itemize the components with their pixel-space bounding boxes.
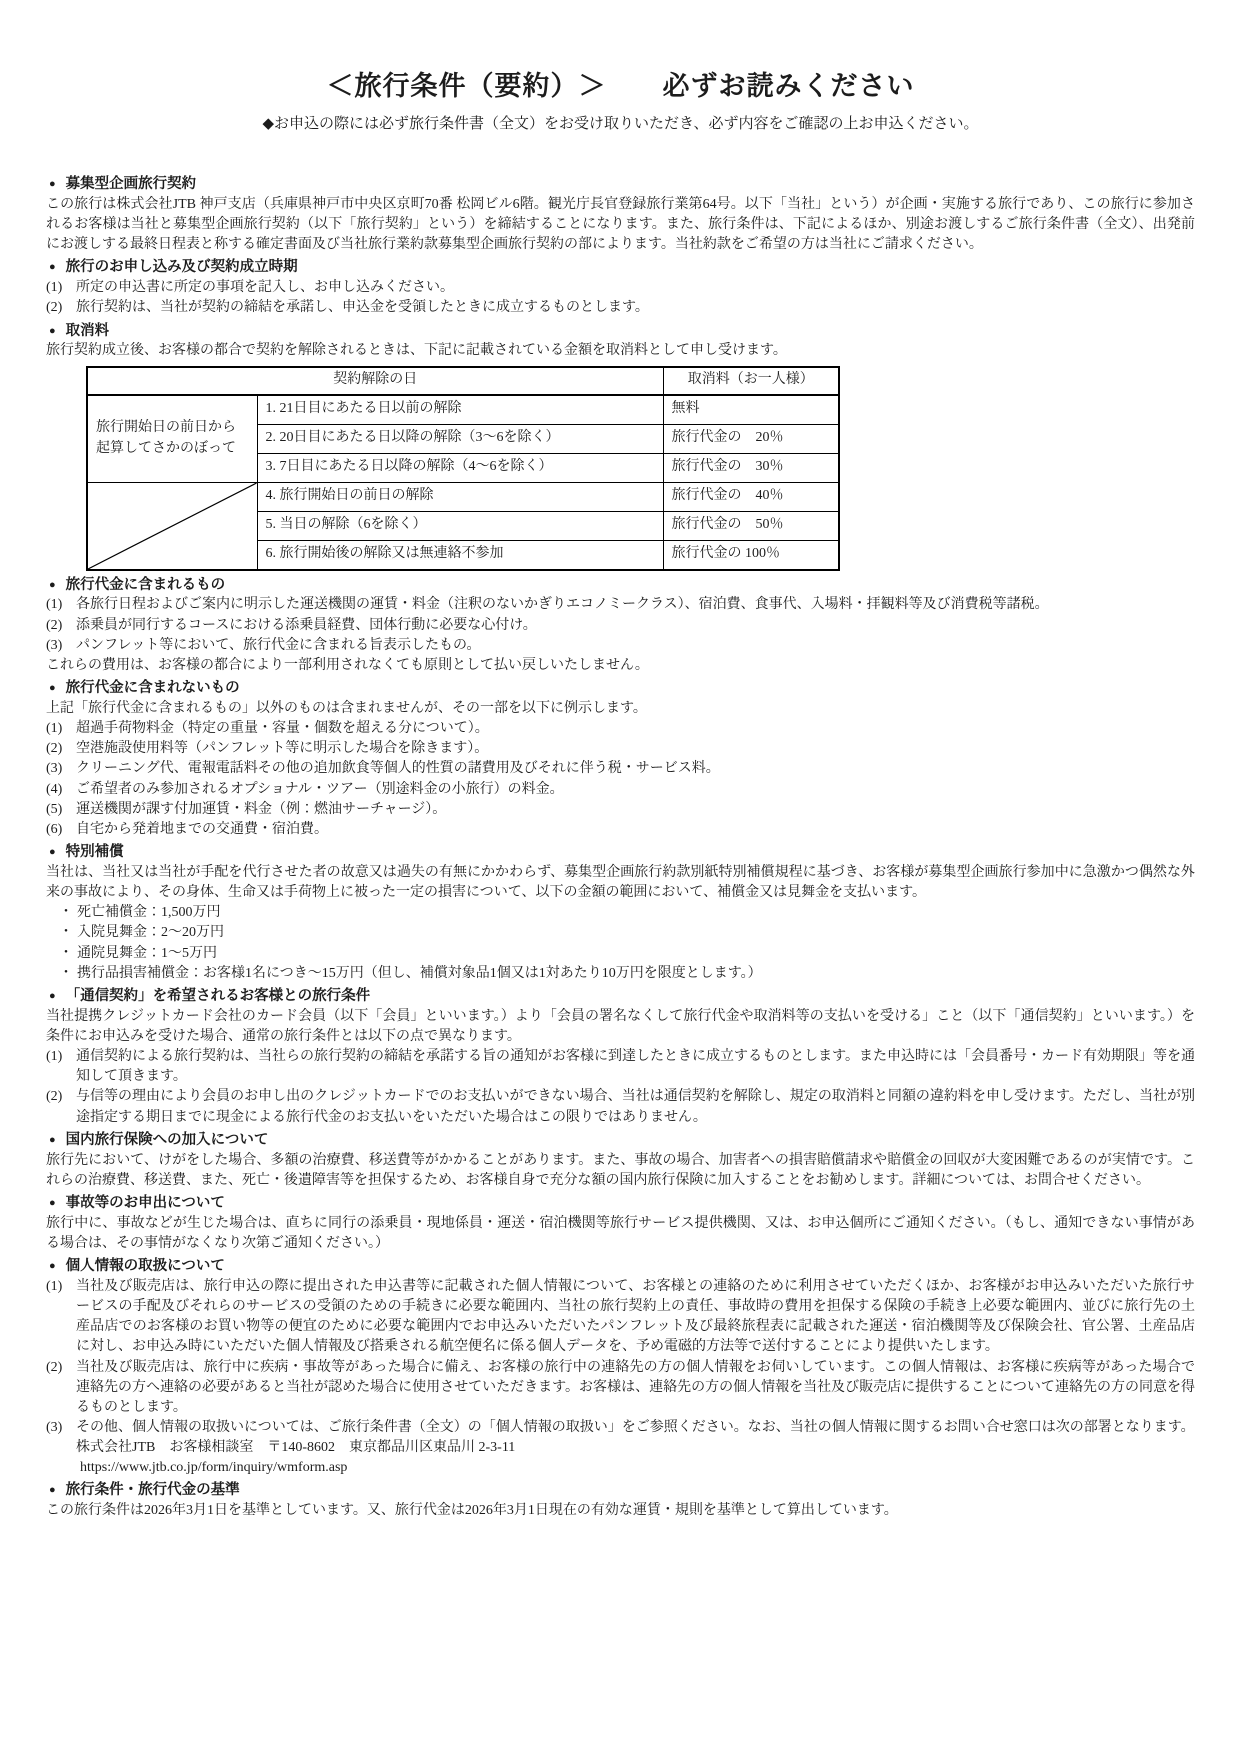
row-group-label: 旅行開始日の前日から起算してさかのぼって [87, 395, 257, 483]
item-text: 自宅から発着地までの交通費・宿泊費。 [76, 820, 1195, 840]
table-row: 旅行開始日の前日から起算してさかのぼって 1. 21日目にあたる日以前の解除 無… [87, 395, 839, 425]
item-text: 旅行契約は、当社が契約の締結を承諾し、申込金を受領したときに成立するものとします… [76, 298, 1195, 318]
section-heading-text: 募集型企画旅行契約 [66, 176, 197, 192]
list-item: (1)通信契約による旅行契約は、当社らの旅行契約の締結を承諾する旨の通知がお客様… [46, 1047, 1195, 1087]
section-heading-text: 旅行条件・旅行代金の基準 [66, 1482, 240, 1498]
section-heading-text: 事故等のお申出について [66, 1195, 225, 1211]
item-text: 超過手荷物料金（特定の重量・容量・個数を超える分について）。 [76, 719, 1195, 739]
section-heading: ●旅行のお申し込み及び契約成立時期 [46, 257, 1195, 278]
document-body: ●募集型企画旅行契約 この旅行は株式会社JTB 神戸支店（兵庫県神戸市中央区京町… [46, 174, 1195, 1522]
bullet-icon: ● [49, 990, 56, 1002]
cell-condition: 1. 21日目にあたる日以前の解除 [257, 395, 663, 425]
item-number: (2) [46, 1087, 76, 1127]
section-heading: ●旅行代金に含まれないもの [46, 678, 1195, 699]
list-item: ・通院見舞金：1～5万円 [46, 944, 1195, 964]
intro-text: 上記「旅行代金に含まれるもの」以外のものは含まれませんが、その一部を以下に例示し… [46, 699, 1195, 719]
column-header-fee: 取消料（お一人様） [663, 367, 839, 395]
list-item: ・携行品損害補償金：お客様1名につき～15万円（但し、補償対象品1個又は1対あた… [46, 964, 1195, 984]
cell-fee: 旅行代金の 50％ [663, 511, 839, 540]
item-text: 与信等の理由により会員のお申し出のクレジットカードでのお支払いができない場合、当… [76, 1087, 1195, 1127]
cell-fee: 旅行代金の 100％ [663, 540, 839, 570]
section-basis: ●旅行条件・旅行代金の基準 この旅行条件は2026年3月1日を基準としています。… [46, 1480, 1195, 1521]
cell-condition: 5. 当日の解除（6を除く） [257, 511, 663, 540]
paragraph: 当社は、当社又は当社が手配を代行させた者の故意又は過失の有無にかかわらず、募集型… [46, 863, 1195, 903]
item-number: (2) [46, 616, 76, 636]
section-included: ●旅行代金に含まれるもの (1)各旅行日程およびご案内に明示した運送機関の運賃・… [46, 575, 1195, 677]
item-number: (2) [46, 739, 76, 759]
section-heading-text: 特別補償 [66, 844, 124, 860]
section-contract: ●募集型企画旅行契約 この旅行は株式会社JTB 神戸支店（兵庫県神戸市中央区京町… [46, 174, 1195, 255]
bullet-icon: ● [49, 846, 56, 858]
bullet-icon: ● [49, 1197, 56, 1209]
item-text: 死亡補償金：1,500万円 [77, 903, 1195, 923]
list-item: (1)当社及び販売店は、旅行申込の際に提出された申込書等に記載された個人情報につ… [46, 1277, 1195, 1358]
paragraph: この旅行は株式会社JTB 神戸支店（兵庫県神戸市中央区京町70番 松岡ビル6階。… [46, 195, 1195, 255]
section-heading: ●特別補償 [46, 842, 1195, 863]
item-text: 運送機関が課す付加運賃・料金（例：燃油サーチャージ）。 [76, 800, 1195, 820]
section-heading: ●国内旅行保険への加入について [46, 1130, 1195, 1151]
section-heading: ●旅行条件・旅行代金の基準 [46, 1480, 1195, 1501]
section-communication-contract: ●「通信契約」を希望されるお客様との旅行条件 当社提携クレジットカード会社のカー… [46, 986, 1195, 1128]
section-heading-text: 旅行代金に含まれないもの [66, 680, 240, 696]
item-text: 所定の申込書に所定の事項を記入し、お申し込みください。 [76, 278, 1195, 298]
section-heading-text: 国内旅行保険への加入について [66, 1132, 269, 1148]
diagonal-cell [87, 482, 257, 570]
contact-url: https://www.jtb.co.jp/form/inquiry/wmfor… [46, 1458, 1195, 1478]
paragraph: この旅行条件は2026年3月1日を基準としています。又、旅行代金は2026年3月… [46, 1501, 1195, 1521]
paragraph: 旅行先において、けがをした場合、多額の治療費、移送費等がかかることがあります。ま… [46, 1151, 1195, 1191]
list-item: (2)与信等の理由により会員のお申し出のクレジットカードでのお支払いができない場… [46, 1087, 1195, 1127]
item-text: 携行品損害補償金：お客様1名につき～15万円（但し、補償対象品1個又は1対あたり… [77, 964, 1195, 984]
item-text: 空港施設使用料等（パンフレット等に明示した場合を除きます）。 [76, 739, 1195, 759]
section-heading: ●事故等のお申出について [46, 1193, 1195, 1214]
cell-fee: 無料 [663, 395, 839, 425]
bullet-icon: ● [49, 325, 56, 337]
item-text: その他、個人情報の取扱いについては、ご旅行条件書（全文）の「個人情報の取扱い」を… [76, 1418, 1195, 1438]
list-item: ・死亡補償金：1,500万円 [46, 903, 1195, 923]
dot-icon: ・ [59, 944, 77, 964]
section-accident-report: ●事故等のお申出について 旅行中に、事故などが生じた場合は、直ちに同行の添乗員・… [46, 1193, 1195, 1254]
cell-condition: 4. 旅行開始日の前日の解除 [257, 482, 663, 511]
list-item: ・入院見舞金：2～20万円 [46, 923, 1195, 943]
list-item: (2)旅行契約は、当社が契約の締結を承諾し、申込金を受領したときに成立するものと… [46, 298, 1195, 318]
bullet-icon: ● [49, 579, 56, 591]
item-text: 各旅行日程およびご案内に明示した運送機関の運賃・料金（注釈のないかぎりエコノミー… [76, 595, 1195, 615]
cell-condition: 3. 7日目にあたる日以降の解除（4～6を除く） [257, 453, 663, 482]
diagonal-line [88, 483, 257, 569]
paragraph: 旅行契約成立後、お客様の都合で契約を解除されるときは、下記に記載されている金額を… [46, 341, 1195, 361]
list-item: (2)当社及び販売店は、旅行中に疾病・事故等があった場合に備え、お客様の旅行中の… [46, 1358, 1195, 1418]
table-header-row: 契約解除の日 取消料（お一人様） [87, 367, 839, 395]
list-item: (1)所定の申込書に所定の事項を記入し、お申し込みください。 [46, 278, 1195, 298]
list-item: (5)運送機関が課す付加運賃・料金（例：燃油サーチャージ）。 [46, 800, 1195, 820]
table-row: 4. 旅行開始日の前日の解除 旅行代金の 40％ [87, 482, 839, 511]
item-number: (1) [46, 1047, 76, 1087]
item-number: (1) [46, 1277, 76, 1358]
item-text: 入院見舞金：2～20万円 [77, 923, 1195, 943]
bullet-icon: ● [49, 1484, 56, 1496]
section-insurance: ●国内旅行保険への加入について 旅行先において、けがをした場合、多額の治療費、移… [46, 1130, 1195, 1191]
list-item: (4)ご希望者のみ参加されるオプショナル・ツアー（別途料金の小旅行）の料金。 [46, 780, 1195, 800]
item-text: 添乗員が同行するコースにおける添乗員経費、団体行動に必要な心付け。 [76, 616, 1195, 636]
section-heading: ●募集型企画旅行契約 [46, 174, 1195, 195]
cell-fee: 旅行代金の 30％ [663, 453, 839, 482]
section-heading: ●旅行代金に含まれるもの [46, 575, 1195, 596]
item-number: (4) [46, 780, 76, 800]
document-page: ＜旅行条件（要約）＞ 必ずお読みください ◆お申込の際には必ず旅行条件書（全文）… [0, 0, 1241, 1754]
cell-fee: 旅行代金の 20％ [663, 424, 839, 453]
section-heading: ●個人情報の取扱について [46, 1256, 1195, 1277]
section-personal-info: ●個人情報の取扱について (1)当社及び販売店は、旅行申込の際に提出された申込書… [46, 1256, 1195, 1478]
cancellation-fee-table: 契約解除の日 取消料（お一人様） 旅行開始日の前日から起算してさかのぼって 1.… [86, 366, 840, 571]
section-heading-text: 「通信契約」を希望されるお客様との旅行条件 [66, 988, 371, 1004]
section-heading-text: 取消料 [66, 323, 110, 339]
list-item: (3)その他、個人情報の取扱いについては、ご旅行条件書（全文）の「個人情報の取扱… [46, 1418, 1195, 1438]
list-item: (1)超過手荷物料金（特定の重量・容量・個数を超える分について）。 [46, 719, 1195, 739]
note-text: これらの費用は、お客様の都合により一部利用されなくても原則として払い戻しいたしま… [46, 656, 1195, 676]
column-header-date: 契約解除の日 [87, 367, 663, 395]
item-number: (1) [46, 595, 76, 615]
item-number: (5) [46, 800, 76, 820]
bullet-icon: ● [49, 1134, 56, 1146]
list-item: (6)自宅から発着地までの交通費・宿泊費。 [46, 820, 1195, 840]
section-application: ●旅行のお申し込み及び契約成立時期 (1)所定の申込書に所定の事項を記入し、お申… [46, 257, 1195, 318]
list-item: (3)クリーニング代、電報電話料その他の追加飲食等個人的性質の諸費用及びそれに伴… [46, 759, 1195, 779]
list-item: (2)添乗員が同行するコースにおける添乗員経費、団体行動に必要な心付け。 [46, 616, 1195, 636]
intro-text: 当社提携クレジットカード会社のカード会員（以下「会員」といいます。）より「会員の… [46, 1007, 1195, 1047]
list-item: (1)各旅行日程およびご案内に明示した運送機関の運賃・料金（注釈のないかぎりエコ… [46, 595, 1195, 615]
item-number: (3) [46, 636, 76, 656]
cell-condition: 6. 旅行開始後の解除又は無連絡不参加 [257, 540, 663, 570]
item-text: ご希望者のみ参加されるオプショナル・ツアー（別途料金の小旅行）の料金。 [76, 780, 1195, 800]
page-subtitle: ◆お申込の際には必ず旅行条件書（全文）をお受け取りいただき、必ず内容をご確認の上… [46, 112, 1195, 133]
section-cancellation: ●取消料 旅行契約成立後、お客様の都合で契約を解除されるときは、下記に記載されて… [46, 321, 1195, 571]
item-text: 通信契約による旅行契約は、当社らの旅行契約の締結を承諾する旨の通知がお客様に到達… [76, 1047, 1195, 1087]
dot-icon: ・ [59, 903, 77, 923]
cell-fee: 旅行代金の 40％ [663, 482, 839, 511]
list-item: (3)パンフレット等において、旅行代金に含まれる旨表示したもの。 [46, 636, 1195, 656]
section-excluded: ●旅行代金に含まれないもの 上記「旅行代金に含まれるもの」以外のものは含まれませ… [46, 678, 1195, 840]
bullet-icon: ● [49, 178, 56, 190]
item-number: (3) [46, 1418, 76, 1438]
dot-icon: ・ [59, 964, 77, 984]
item-number: (1) [46, 719, 76, 739]
item-number: (3) [46, 759, 76, 779]
cell-condition: 2. 20日目にあたる日以降の解除（3～6を除く） [257, 424, 663, 453]
section-heading-text: 旅行のお申し込み及び契約成立時期 [66, 259, 298, 275]
paragraph: 旅行中に、事故などが生じた場合は、直ちに同行の添乗員・現地係員・運送・宿泊機関等… [46, 1214, 1195, 1254]
item-number: (2) [46, 1358, 76, 1418]
item-text: 当社及び販売店は、旅行申込の際に提出された申込書等に記載された個人情報について、… [76, 1277, 1195, 1358]
section-heading: ●「通信契約」を希望されるお客様との旅行条件 [46, 986, 1195, 1007]
page-title: ＜旅行条件（要約）＞ 必ずお読みください [46, 64, 1195, 103]
section-heading: ●取消料 [46, 321, 1195, 342]
dot-icon: ・ [59, 923, 77, 943]
section-heading-text: 旅行代金に含まれるもの [66, 577, 226, 593]
item-text: 当社及び販売店は、旅行中に疾病・事故等があった場合に備え、お客様の旅行中の連絡先… [76, 1358, 1195, 1418]
bullet-icon: ● [49, 261, 56, 273]
list-item: (2)空港施設使用料等（パンフレット等に明示した場合を除きます）。 [46, 739, 1195, 759]
item-text: クリーニング代、電報電話料その他の追加飲食等個人的性質の諸費用及びそれに伴う税・… [76, 759, 1195, 779]
item-number: (6) [46, 820, 76, 840]
item-number: (1) [46, 278, 76, 298]
contact-address: 株式会社JTB お客様相談室 〒140-8602 東京都品川区東品川 2-3-1… [46, 1438, 1195, 1458]
section-compensation: ●特別補償 当社は、当社又は当社が手配を代行させた者の故意又は過失の有無にかかわ… [46, 842, 1195, 984]
item-text: 通院見舞金：1～5万円 [77, 944, 1195, 964]
bullet-icon: ● [49, 1260, 56, 1272]
item-number: (2) [46, 298, 76, 318]
item-text: パンフレット等において、旅行代金に含まれる旨表示したもの。 [76, 636, 1195, 656]
section-heading-text: 個人情報の取扱について [66, 1258, 225, 1274]
bullet-icon: ● [49, 682, 56, 694]
